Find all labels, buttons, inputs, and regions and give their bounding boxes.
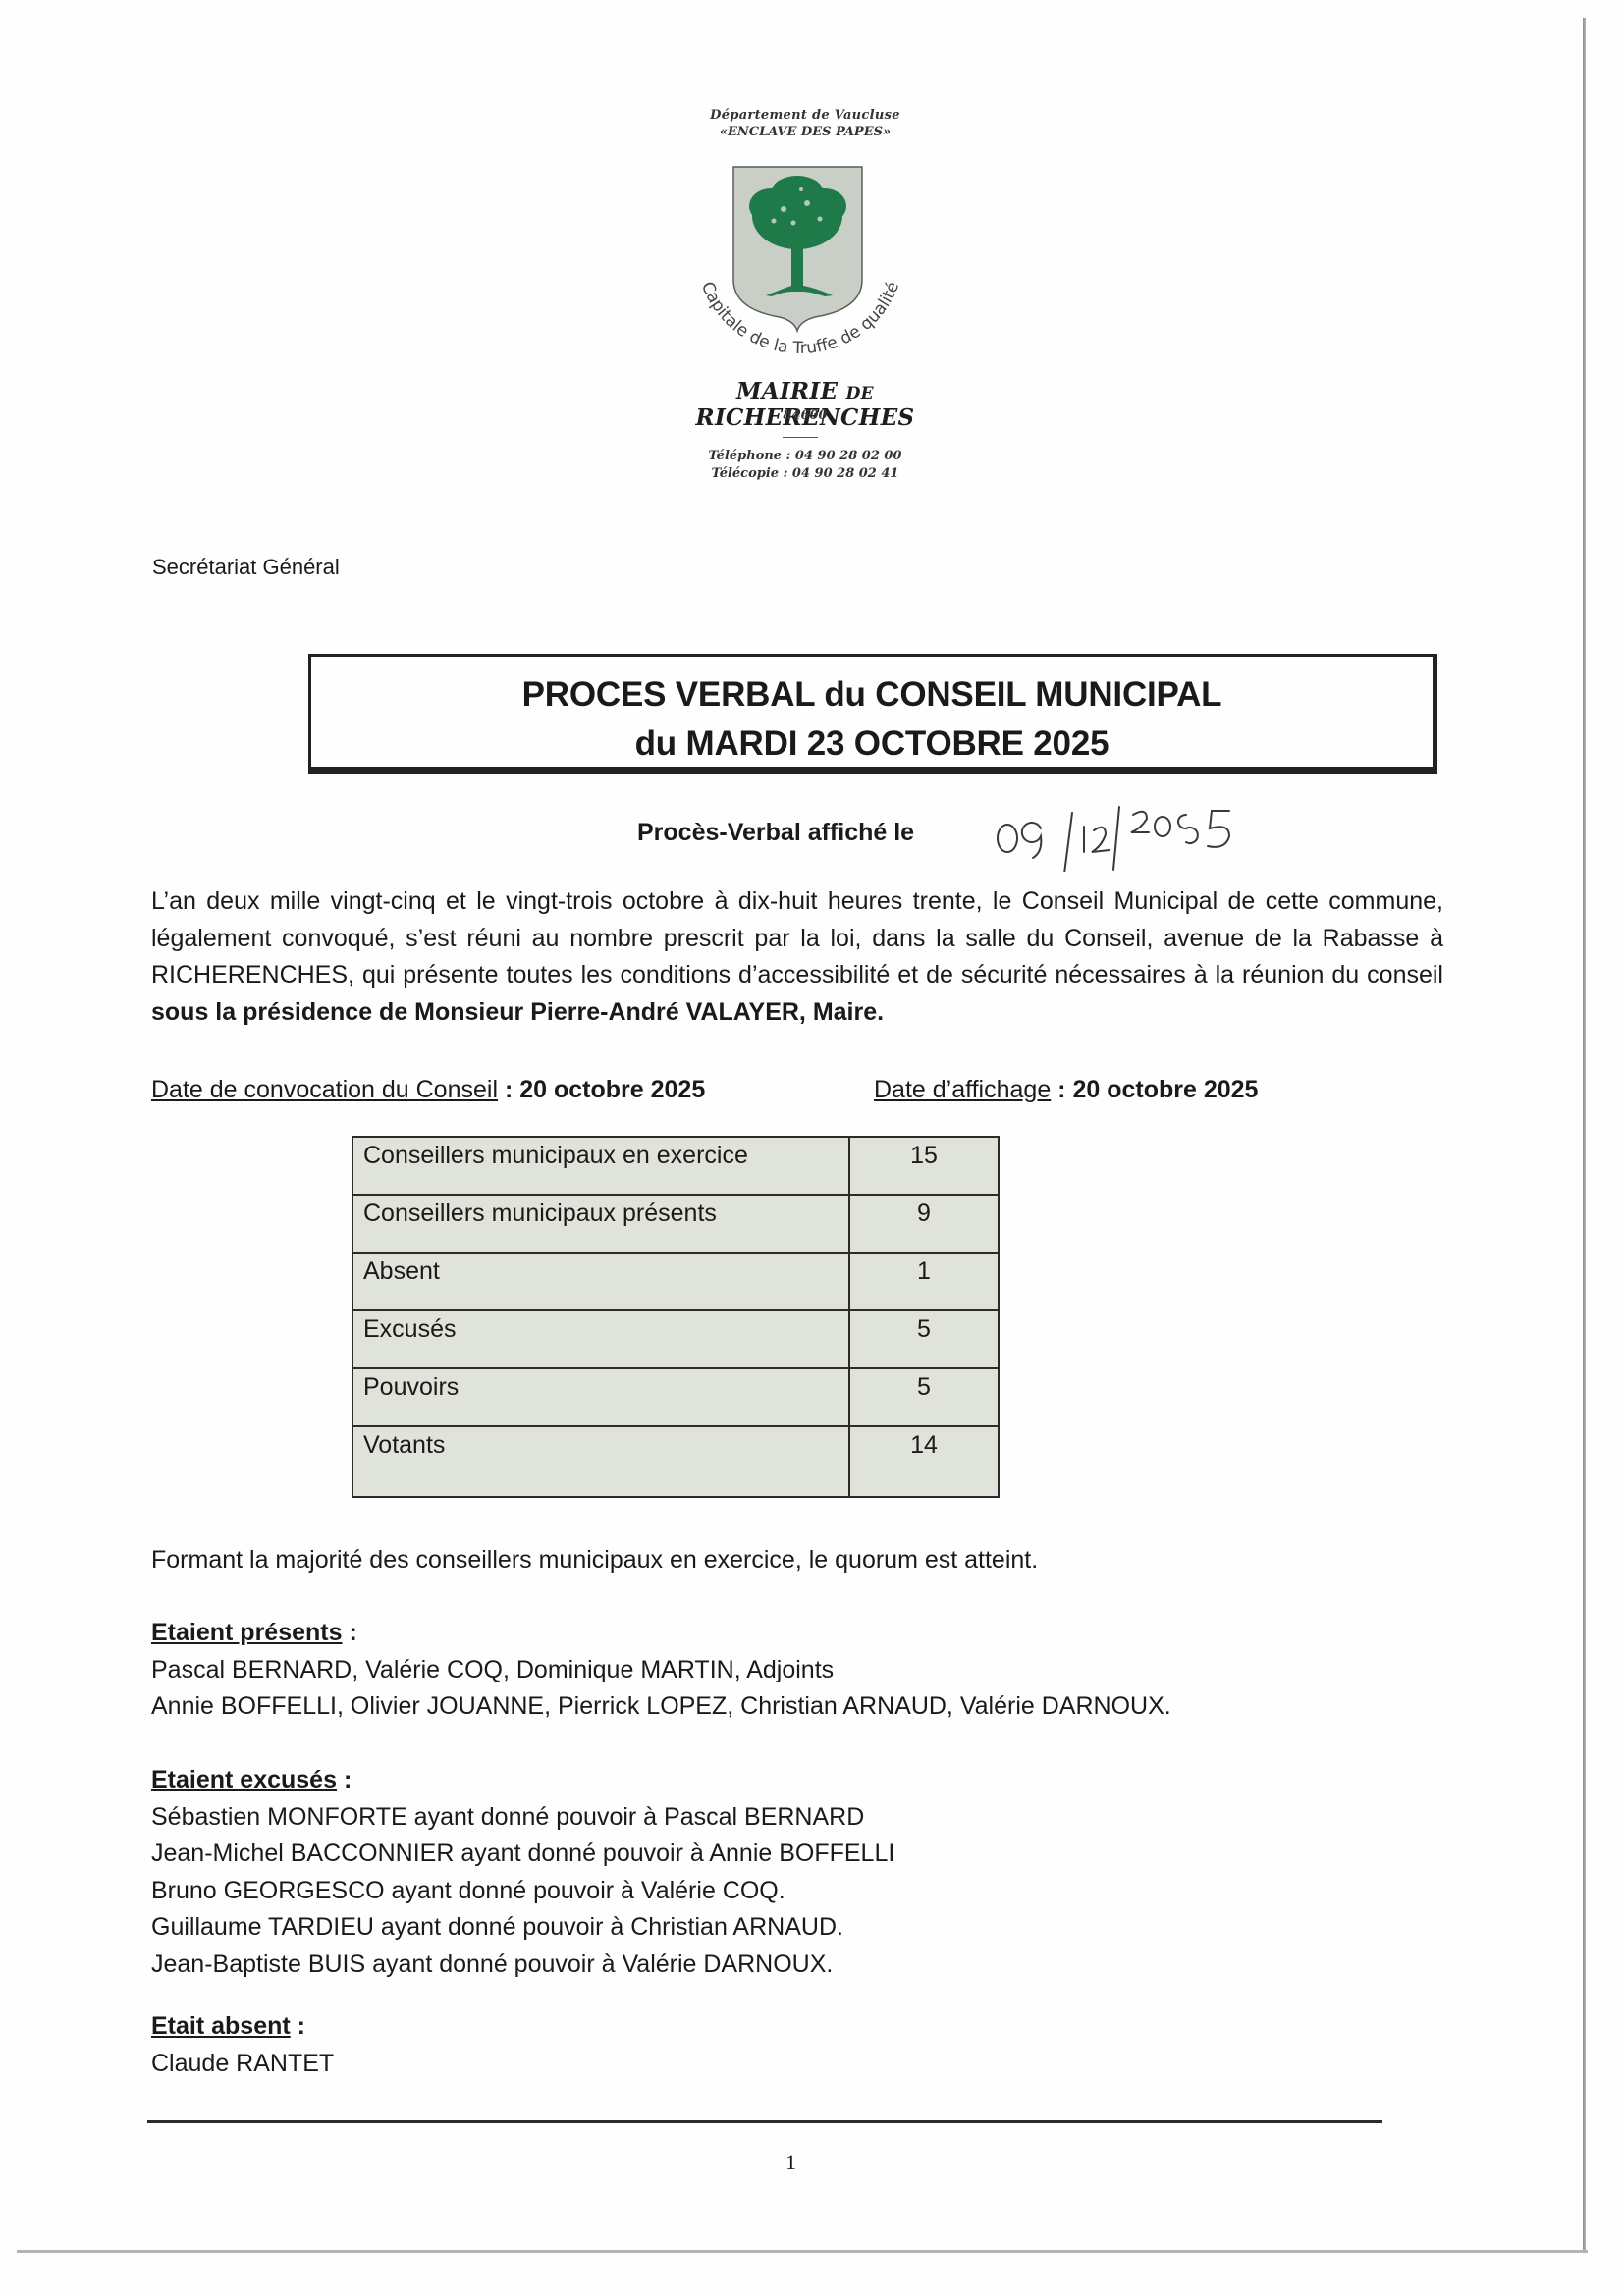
list-item: Sébastien MONFORTE ayant donné pouvoir à…: [151, 1799, 894, 1837]
table-row: Votants14: [352, 1426, 999, 1497]
list-item: Guillaume TARDIEU ayant donné pouvoir à …: [151, 1909, 894, 1947]
posted-label: Procès-Verbal affiché le: [637, 819, 914, 847]
title-line-1: PROCES VERBAL du CONSEIL MUNICIPAL: [311, 670, 1433, 720]
table-row: Pouvoirs5: [352, 1368, 999, 1426]
absent-section: Etait absent : Claude RANTET: [151, 2008, 334, 2082]
title-line-2: du MARDI 23 OCTOBRE 2025: [311, 720, 1433, 769]
table-row: Conseillers municipaux en exercice15: [352, 1137, 999, 1195]
telecopie: Télécopie : 04 90 28 02 41: [628, 465, 982, 483]
presidency-text: sous la présidence de Monsieur Pierre-An…: [151, 998, 884, 1026]
coat-of-arms-icon: Capitale de la Truffe de qualité: [677, 162, 923, 368]
page-number: 1: [785, 2150, 796, 2175]
intro-paragraph: L’an deux mille vingt-cinq et le vingt-t…: [151, 883, 1443, 1031]
absent-heading: Etait absent :: [151, 2008, 334, 2046]
presents-section: Etaient présents : Pascal BERNARD, Valér…: [151, 1615, 1171, 1726]
contact-block: Téléphone : 04 90 28 02 00 Télécopie : 0…: [628, 448, 982, 483]
presents-heading: Etaient présents :: [151, 1615, 1171, 1652]
footer-rule: [147, 2120, 1382, 2123]
department-name: Département de Vaucluse: [628, 108, 982, 123]
letterhead-top: Département de Vaucluse «ENCLAVE DES PAP…: [628, 108, 982, 139]
table-row: Conseillers municipaux présents9: [352, 1195, 999, 1253]
document-title-box: PROCES VERBAL du CONSEIL MUNICIPAL du MA…: [308, 654, 1437, 774]
enclave-name: «ENCLAVE DES PAPES»: [628, 125, 982, 139]
convocation-date: Date de convocation du Conseil : 20 octo…: [151, 1076, 705, 1104]
handwritten-date: 09/12/2025: [994, 793, 1249, 872]
list-item: Annie BOFFELLI, Olivier JOUANNE, Pierric…: [151, 1688, 1171, 1726]
list-item: Jean-Michel BACCONNIER ayant donné pouvo…: [151, 1836, 894, 1873]
list-item: Bruno GEORGESCO ayant donné pouvoir à Va…: [151, 1873, 894, 1910]
attendance-table: Conseillers municipaux en exercice15 Con…: [352, 1136, 1000, 1498]
list-item: Pascal BERNARD, Valérie COQ, Dominique M…: [151, 1652, 1171, 1689]
secretariat-label: Secrétariat Général: [152, 555, 340, 580]
scan-edge-bottom: [17, 2250, 1588, 2253]
affichage-date: Date d’affichage : 20 octobre 2025: [874, 1076, 1258, 1104]
letterhead-separator: [783, 437, 818, 438]
telephone: Téléphone : 04 90 28 02 00: [628, 448, 982, 465]
quorum-statement: Formant la majorité des conseillers muni…: [151, 1546, 1038, 1575]
table-row: Excusés5: [352, 1310, 999, 1368]
excuses-heading: Etaient excusés :: [151, 1762, 894, 1799]
scan-edge-right: [1583, 18, 1586, 2251]
list-item: Claude RANTET: [151, 2046, 334, 2083]
excuses-section: Etaient excusés : Sébastien MONFORTE aya…: [151, 1762, 894, 1983]
table-row: Absent1: [352, 1253, 999, 1310]
list-item: Jean-Baptiste BUIS ayant donné pouvoir à…: [151, 1947, 894, 1984]
postcode: 84600: [628, 408, 982, 423]
